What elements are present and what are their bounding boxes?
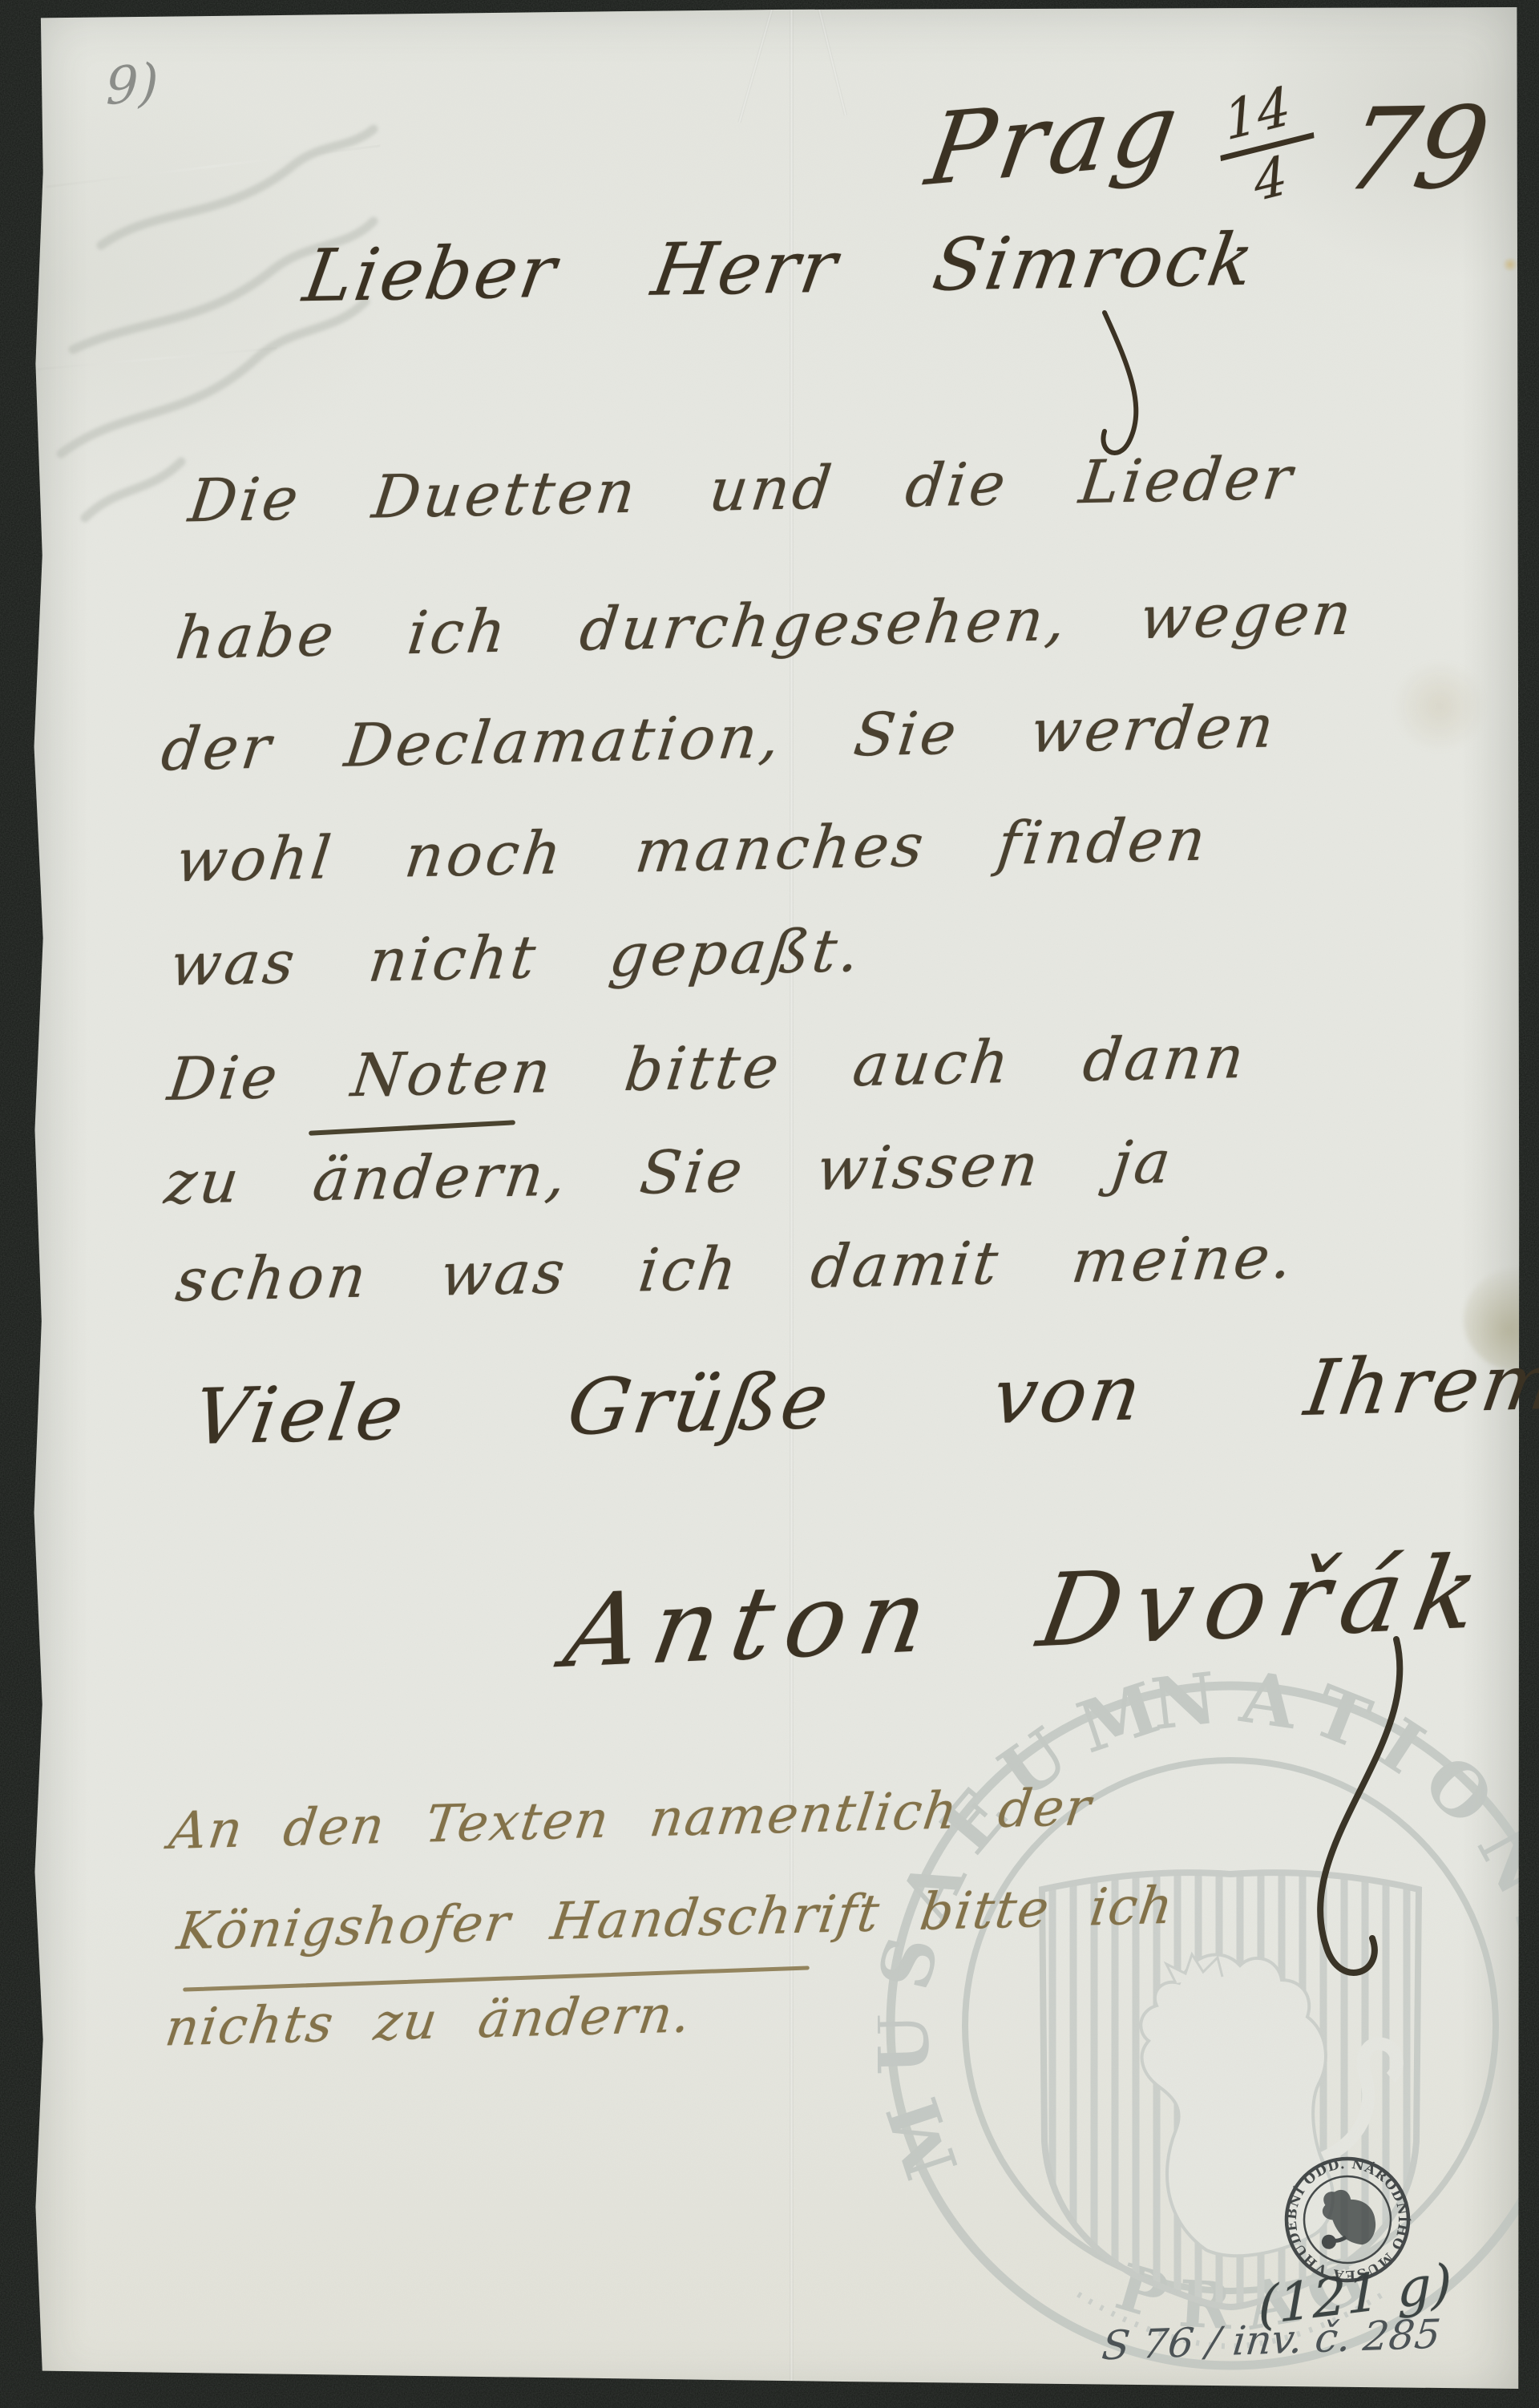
inventory-number: S 76 / inv. č. 285: [1100, 2314, 1442, 2366]
body-line: was nicht gepaßt.: [167, 921, 865, 995]
dateline-place: Prag: [921, 79, 1189, 200]
dateline-date-fraction: 14 4: [1214, 75, 1320, 218]
postscript-line: nichts zu ändern.: [163, 1989, 695, 2054]
dateline-year: 79: [1337, 92, 1497, 207]
music-dept-ink-stamp-icon: HUDEBNÍ ODD. NÁRODNÍHO MUSEA V PRAZE: [1279, 2151, 1416, 2288]
signature-flourish: [1250, 1619, 1459, 2020]
salutation: Lieber Herr Simrock: [299, 224, 1260, 313]
letter-scan: MUSAEUM NATIONALE PRAGAE: [0, 0, 1539, 2408]
corner-number-pencil: 9): [106, 57, 159, 114]
dateline-month: 4: [1251, 146, 1290, 210]
